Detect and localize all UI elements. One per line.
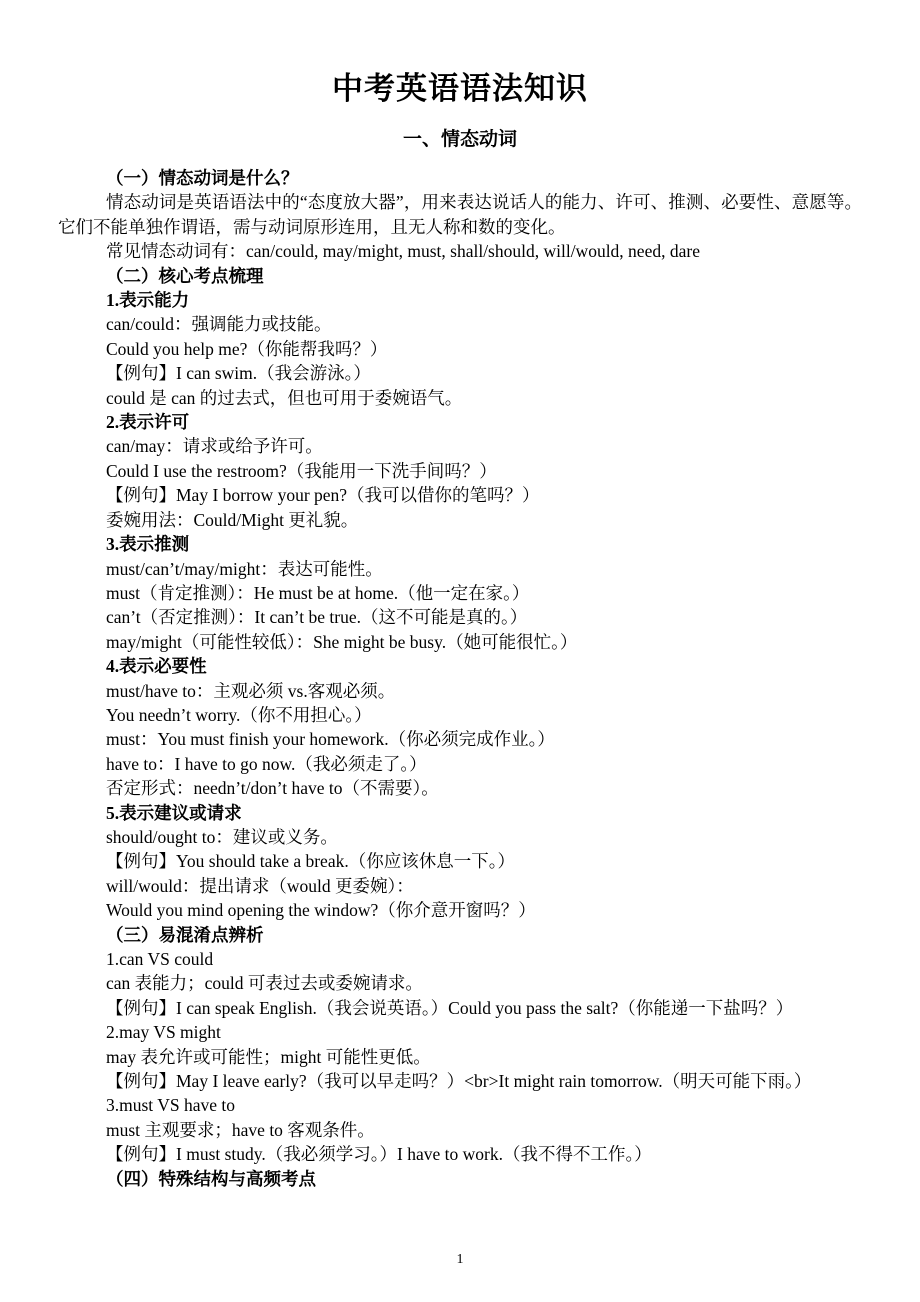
section-heading: 一、情态动词 xyxy=(0,128,920,151)
doc-paragraph: must/have to：主观必须 vs.客观必须。 xyxy=(58,679,862,703)
doc-paragraph: must（肯定推测）：He must be at home.（他一定在家。） xyxy=(58,581,862,605)
doc-paragraph: （三）易混淆点辨析 xyxy=(58,923,862,947)
doc-paragraph: 委婉用法：Could/Might 更礼貌。 xyxy=(58,508,862,532)
doc-paragraph: 1.can VS could xyxy=(58,947,862,971)
doc-paragraph: （一）情态动词是什么？ xyxy=(58,166,862,190)
doc-paragraph: 【例句】May I borrow your pen?（我可以借你的笔吗？） xyxy=(58,483,862,507)
doc-paragraph: Would you mind opening the window?（你介意开窗… xyxy=(58,898,862,922)
doc-paragraph: have to：I have to go now.（我必须走了。） xyxy=(58,752,862,776)
doc-paragraph: 【例句】You should take a break.（你应该休息一下。） xyxy=(58,849,862,873)
doc-paragraph: 3.表示推测 xyxy=(58,532,862,556)
doc-paragraph: You needn’t worry.（你不用担心。） xyxy=(58,703,862,727)
doc-paragraph: 4.表示必要性 xyxy=(58,654,862,678)
doc-paragraph: 【例句】May I leave early?（我可以早走吗？）<br>It mi… xyxy=(58,1069,862,1093)
doc-paragraph: may 表允许或可能性；might 可能性更低。 xyxy=(58,1045,862,1069)
doc-paragraph: can/may：请求或给予许可。 xyxy=(58,434,862,458)
doc-paragraph: must：You must finish your homework.（你必须完… xyxy=(58,727,862,751)
document-page: 中考英语语法知识 一、情态动词 （一）情态动词是什么？情态动词是英语语法中的“态… xyxy=(0,0,920,1302)
doc-paragraph: Could I use the restroom?（我能用一下洗手间吗？） xyxy=(58,459,862,483)
doc-paragraph: could 是 can 的过去式，但也可用于委婉语气。 xyxy=(58,386,862,410)
doc-paragraph: Could you help me?（你能帮我吗？） xyxy=(58,337,862,361)
doc-paragraph: must/can’t/may/might：表达可能性。 xyxy=(58,557,862,581)
document-title: 中考英语语法知识 xyxy=(0,0,920,107)
doc-paragraph: 【例句】I can speak English.（我会说英语。）Could yo… xyxy=(58,996,862,1020)
doc-paragraph: may/might（可能性较低）：She might be busy.（她可能很… xyxy=(58,630,862,654)
doc-paragraph: （四）特殊结构与高频考点 xyxy=(58,1167,862,1191)
doc-paragraph: should/ought to：建议或义务。 xyxy=(58,825,862,849)
doc-paragraph: will/would：提出请求（would 更委婉）： xyxy=(58,874,862,898)
doc-paragraph: 情态动词是英语语法中的“态度放大器”，用来表达说话人的能力、许可、推测、必要性、… xyxy=(58,190,862,239)
doc-paragraph: 2.表示许可 xyxy=(58,410,862,434)
doc-paragraph: 【例句】I can swim.（我会游泳。） xyxy=(58,361,862,385)
doc-paragraph: can/could：强调能力或技能。 xyxy=(58,312,862,336)
doc-paragraph: must 主观要求；have to 客观条件。 xyxy=(58,1118,862,1142)
doc-paragraph: 否定形式：needn’t/don’t have to（不需要）。 xyxy=(58,776,862,800)
doc-paragraph: 1.表示能力 xyxy=(58,288,862,312)
doc-paragraph: 【例句】I must study.（我必须学习。）I have to work.… xyxy=(58,1142,862,1166)
doc-paragraph: can’t（否定推测）：It can’t be true.（这不可能是真的。） xyxy=(58,605,862,629)
page-number: 1 xyxy=(0,1252,920,1268)
doc-paragraph: （二）核心考点梳理 xyxy=(58,264,862,288)
doc-paragraph: 2.may VS might xyxy=(58,1020,862,1044)
doc-paragraph: 常见情态动词有：can/could, may/might, must, shal… xyxy=(58,239,862,263)
doc-paragraph: 5.表示建议或请求 xyxy=(58,801,862,825)
doc-paragraph: can 表能力；could 可表过去或委婉请求。 xyxy=(58,971,862,995)
document-body: （一）情态动词是什么？情态动词是英语语法中的“态度放大器”，用来表达说话人的能力… xyxy=(58,166,862,1191)
doc-paragraph: 3.must VS have to xyxy=(58,1093,862,1117)
